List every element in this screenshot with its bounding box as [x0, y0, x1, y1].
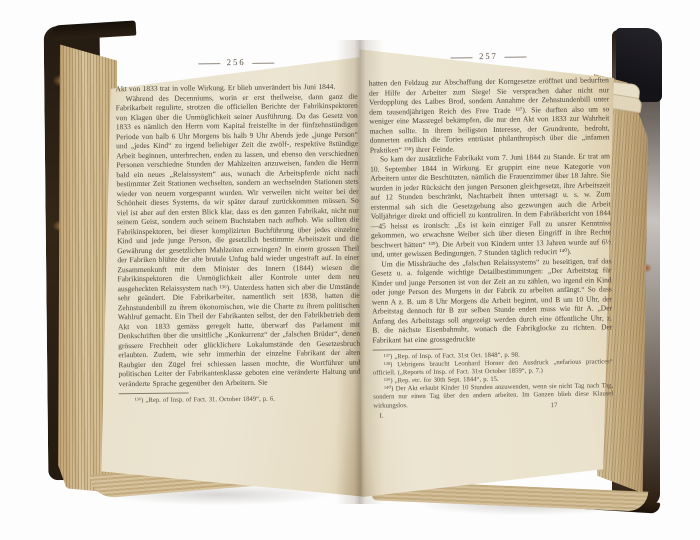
- left-page-header: 256: [115, 57, 357, 70]
- top-cover-edge: [52, 20, 137, 40]
- right-page-header: 257: [368, 50, 608, 63]
- sheet-signature: 17: [550, 401, 557, 411]
- footnote-separator: [373, 349, 443, 351]
- book-photo: 256 Akt von 1833 trat in volle Wirkung. …: [0, 0, 700, 540]
- header-rule: [198, 63, 220, 64]
- body-paragraph: hatten den Feldzug zur Abschaffung der K…: [369, 75, 610, 154]
- right-page-number: 257: [479, 52, 498, 62]
- body-paragraph: Um die Missbräuche des „falschen Relaiss…: [371, 256, 612, 345]
- left-page-number: 256: [227, 58, 246, 68]
- volume-signature: I.: [379, 411, 383, 421]
- footnote: ¹⁴⁰) Der Akt erlaubt Kinder 10 Stunden a…: [373, 383, 613, 411]
- header-rule: [253, 62, 275, 63]
- header-rule: [505, 56, 527, 57]
- footnote-separator: [119, 393, 189, 395]
- header-rule: [450, 57, 472, 58]
- right-page-content: 257 hatten den Feldzug zur Abschaffung d…: [368, 50, 613, 420]
- body-paragraph: Während des Decenniums, worin er erst th…: [116, 91, 361, 388]
- left-page-content: 256 Akt von 1833 trat in volle Wirkung. …: [115, 57, 361, 406]
- body-paragraph: So kam der zusätzliche Fabrikakt vom 7. …: [370, 151, 611, 259]
